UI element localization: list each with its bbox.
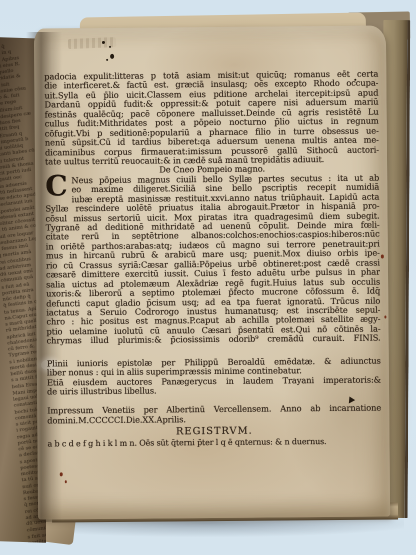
red-stain-spot — [384, 315, 386, 318]
red-stain-spot — [381, 254, 384, 258]
drop-cap-initial: C — [45, 176, 67, 195]
colophon-line: domini.M.CCCCCI.Die.XX.Aprilis. — [47, 413, 381, 425]
announcement-paragraph: Plinii iunioris epistolæ per Philippū Be… — [47, 356, 381, 397]
paragraph-mithridates: padocia expulit:litteras p totā asiam mi… — [44, 70, 379, 167]
book-photo: nūc defip q̄q̄ festiuis in qta tenua. Ap… — [0, 0, 416, 555]
red-stain-spot — [60, 472, 63, 476]
paragraph-pompeius: C Neus pōpeius magnus ciuili bello Syllæ… — [45, 173, 380, 346]
book-page: padocia expulit:litteras p totā asiam mi… — [34, 25, 390, 519]
printed-text-block: padocia expulit:litteras p totā asiam mi… — [44, 70, 381, 450]
ink-spot — [110, 54, 114, 59]
red-stain-spot — [65, 480, 67, 483]
ink-spot — [109, 46, 111, 48]
register-line: a b c d e f g h i k l m n. Oēs sūt q̄ter… — [47, 437, 381, 450]
ink-spot — [102, 41, 105, 44]
ink-spot — [106, 59, 108, 61]
colophon: Impressum Venetiis per Albertinū Vercell… — [47, 404, 381, 426]
